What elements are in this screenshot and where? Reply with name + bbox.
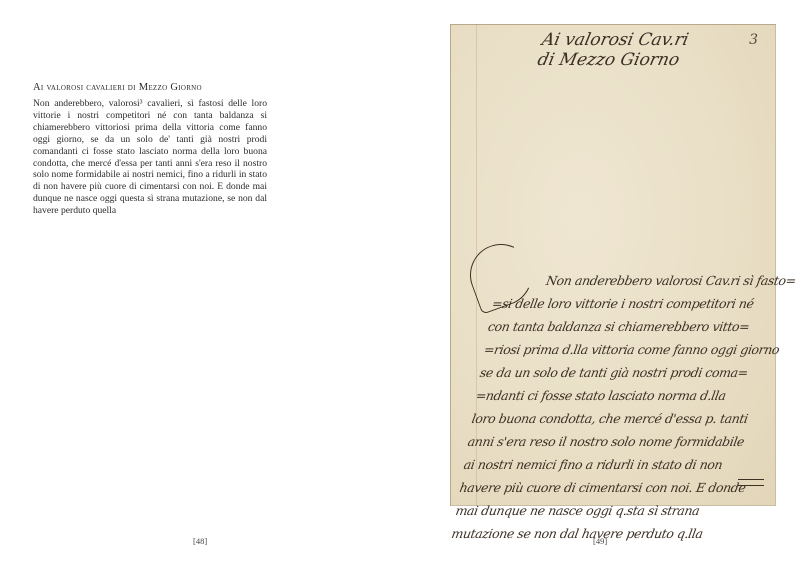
manuscript-title-line: di Mezzo Giorno xyxy=(536,50,686,70)
manuscript-line: loro buona condotta, che mercé d'essa p.… xyxy=(470,407,770,430)
manuscript-line: =riosi prima d.lla vittoria come fanno o… xyxy=(482,338,782,361)
manuscript-title: Ai valorosi Cav.ri di Mezzo Giorno xyxy=(536,30,691,70)
manuscript-line: ai nostri nemici fino a ridurli in stato… xyxy=(462,453,762,476)
manuscript-line: se da un solo de tanti già nostri prodi … xyxy=(478,361,778,384)
left-page: Ai valorosi cavalieri di Mezzo Giorno No… xyxy=(0,0,400,564)
page-heading: Ai valorosi cavalieri di Mezzo Giorno xyxy=(33,82,202,93)
manuscript-line: =ndanti ci fosse stato lasciato norma d.… xyxy=(474,384,774,407)
transcription-text: Non anderebbero, valorosi³ cavalieri, sì… xyxy=(33,98,267,217)
manuscript-image: 3 Ai valorosi Cav.ri di Mezzo Giorno Non… xyxy=(450,24,776,506)
page-number-left: [48] xyxy=(193,536,207,546)
manuscript-title-line: Ai valorosi Cav.ri xyxy=(540,30,690,50)
folio-number: 3 xyxy=(749,32,758,48)
manuscript-line: con tanta baldanza si chiamerebbero vitt… xyxy=(486,315,786,338)
page-number-right: [49] xyxy=(593,536,607,546)
manuscript-line: havere più cuore di cimentarsi con noi. … xyxy=(458,476,758,499)
manuscript-line: =si delle loro vittorie i nostri competi… xyxy=(490,292,790,315)
manuscript-line: mai dunque ne nasce oggi q.sta sì strana xyxy=(454,499,754,522)
manuscript-line: Non anderebbero valorosi Cav.ri sì fasto… xyxy=(494,269,794,292)
end-flourish xyxy=(738,479,764,486)
manuscript-line: anni s'era reso il nostro solo nome form… xyxy=(466,430,766,453)
manuscript-text: Non anderebbero valorosi Cav.ri sì fasto… xyxy=(450,269,795,545)
